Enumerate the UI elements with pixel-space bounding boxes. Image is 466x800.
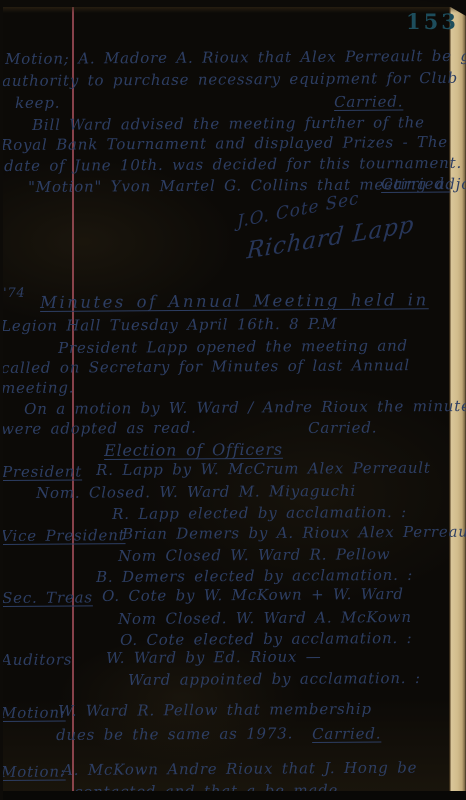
president-label: President bbox=[2, 462, 82, 481]
tournament-line3: date of June 10th. was decided for this … bbox=[4, 154, 462, 175]
president-elected: R. Lapp elected by acclamation. : bbox=[112, 503, 407, 523]
opening-line3: meeting. bbox=[1, 378, 74, 397]
motion-hong-line1: A. McKown Andre Rioux that J. Hong be bbox=[62, 759, 417, 779]
president-nominees: R. Lapp by W. McCrum Alex Perreault bbox=[96, 459, 431, 479]
adopt-minutes-carried: Carried. bbox=[308, 419, 377, 437]
adjourn-carried: Carried. bbox=[381, 175, 450, 193]
motion-equipment-line2: authority to purchase necessary equipmen… bbox=[2, 69, 466, 90]
tournament-line2: Royal Bank Tournament and displayed Priz… bbox=[1, 133, 448, 154]
opening-line2: called on Secretary for Minutes of last … bbox=[1, 356, 410, 377]
scan-edge-top-shadow bbox=[0, 7, 466, 13]
vice-president-nominees: Brian Demers by A. Rioux Alex Perreault bbox=[122, 522, 466, 543]
motion-equipment-carried: Carried. bbox=[334, 93, 403, 111]
election-heading: Election of Officers bbox=[104, 440, 283, 460]
vice-president-elected: B. Demers elected by acclamation. : bbox=[96, 566, 413, 586]
motion-dues-line2: dues be the same as 1973. bbox=[56, 724, 293, 744]
president-nom-closed: Nom. Closed. W. Ward M. Miyaguchi bbox=[36, 482, 356, 502]
scan-edge-left bbox=[0, 0, 3, 800]
scan-edge-bottom bbox=[0, 791, 466, 800]
annual-meeting-heading: Minutes of Annual Meeting held in bbox=[40, 290, 429, 312]
motion-equipment-line1: Motion; A. Madore A. Rioux that Alex Per… bbox=[5, 47, 466, 68]
scan-edge-top bbox=[0, 0, 466, 7]
motion-hong-label: Motion: bbox=[1, 763, 66, 781]
sec-treas-label: Sec. Treas bbox=[2, 588, 93, 607]
tournament-line1: Bill Ward advised the meeting further of… bbox=[32, 113, 425, 134]
auditors-label: Auditors bbox=[1, 651, 72, 669]
vice-president-nom-closed: Nom Closed W. Ward R. Pellow bbox=[118, 545, 390, 565]
auditors-nominees: W. Ward by Ed. Rioux — bbox=[106, 647, 322, 667]
vice-president-label: Vice President bbox=[1, 526, 126, 545]
motion-equipment-line3: keep. bbox=[15, 94, 60, 112]
scanned-minutes-page: 153 Motion; A. Madore A. Rioux that Alex… bbox=[0, 0, 466, 800]
margin-year-note: '74 bbox=[3, 286, 26, 301]
sec-treas-nom-closed: Nom Closed. W. Ward A. McKown bbox=[118, 608, 412, 628]
annual-meeting-heading2: Legion Hall Tuesday April 16th. 8 P.M bbox=[1, 315, 338, 335]
adopt-minutes-line1: On a motion by W. Ward / Andre Rioux the… bbox=[24, 397, 466, 418]
sec-treas-nominees: O. Cote by W. McKown + W. Ward bbox=[102, 585, 404, 605]
auditors-appointed: Ward appointed by acclamation. : bbox=[128, 669, 421, 689]
sec-treas-elected: O. Cote elected by acclamation. : bbox=[120, 629, 412, 649]
motion-dues-line1: W. Ward R. Pellow that membership bbox=[58, 700, 372, 720]
motion-dues-label: Motion: bbox=[1, 704, 66, 722]
adopt-minutes-line2: were adopted as read. bbox=[1, 419, 197, 438]
motion-dues-carried: Carried. bbox=[312, 725, 381, 743]
opening-line1: President Lapp opened the meeting and bbox=[58, 337, 408, 357]
